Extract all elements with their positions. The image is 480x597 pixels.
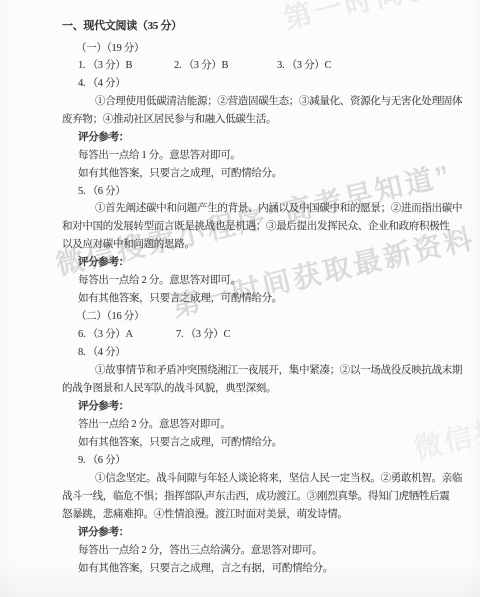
text-line: 和对中国的发展转型而言既是挑战也是机遇；③最后提出发挥民众、企业和政府积极性 xyxy=(62,220,450,233)
text-line: 如有其他答案，只要言之成理，言之有据，可酌情给分。 xyxy=(78,562,333,575)
watermark-fragment-bottom-right: 微信搜索小程序“高考早知道” xyxy=(410,337,480,467)
text-line: 评分参考： xyxy=(78,131,129,144)
text-line: 评分参考： xyxy=(78,526,129,539)
text-line: ①信念坚定。战斗间隙与年轻人谈论将来，坚信人民一定当权。②勇敢机智。亲临 xyxy=(95,472,462,485)
text-line: ①首先阐述碳中和问题产生的背景、内涵以及中国碳中和的愿景；②进而指出碳中 xyxy=(95,202,462,215)
text-line: 9. （6 分） xyxy=(78,454,125,467)
text-line: 每答出一点给 2 分，答出三点给满分。意思答对即可。 xyxy=(78,544,322,557)
text-line: 4. （4 分） xyxy=(78,77,125,90)
text-line: 7. （3 分）C xyxy=(176,328,230,341)
text-line: ①故事情节和矛盾冲突围绕湘江一夜展开，集中紧凑；②以一场战役反映抗战末期 xyxy=(95,364,462,377)
text-line: 以及应对碳中和问题的思路。 xyxy=(62,238,195,251)
text-line: 评分参考： xyxy=(78,400,129,413)
text-line: 如有其他答案，只要言之成理，可酌情给分。 xyxy=(78,436,282,449)
watermark-fragment-top-right: 第一时间获取最新资料 xyxy=(280,0,480,37)
text-line: 废弃物；④推动社区居民参与和融入低碳生活。 xyxy=(62,113,276,126)
watermark-text-line2: 第一时间获取最新资料 xyxy=(168,217,479,326)
text-line: 6. （3 分）A xyxy=(78,328,133,341)
text-line: 如有其他答案，只要言之成理，可酌情给分。 xyxy=(78,167,282,180)
text-line: ①合理使用低碳清洁能源；②营造固碳生态；③减量化、资源化与无害化处理固体 xyxy=(95,95,462,108)
text-line: 2. （3 分）B xyxy=(174,59,228,72)
text-line: 每答出一点给 1 分。意思答对即可。 xyxy=(78,149,241,162)
text-line: 一、现代文阅读（35 分） xyxy=(62,20,182,33)
text-line: 5. （6 分） xyxy=(78,185,125,198)
text-line: 评分参考： xyxy=(78,256,129,269)
text-line: 战斗一线，临危不惧；指挥部队声东击西，成功渡江。③刚烈真挚。得知门虎牺牲后震 xyxy=(62,490,450,503)
text-line: （二）（16 分） xyxy=(76,310,144,323)
text-line: 答出一点给 2 分。意思答对即可。 xyxy=(78,418,230,431)
text-line: 怒暴跳，悲痛难抑。④性情浪漫。渡江时面对美景，萌发诗情。 xyxy=(62,508,348,521)
document-page: 微信搜索小程序“高考早知道” 第一时间获取最新资料 第一时间获取最新资料 微信搜… xyxy=(0,0,480,597)
text-line: 3. （3 分）C xyxy=(277,59,331,72)
text-line: （一）（19 分） xyxy=(76,42,144,55)
text-line: 每答出一点给 2 分。意思答对即可。 xyxy=(78,274,241,287)
text-line: 如有其他答案，只要言之成理，可酌情给分。 xyxy=(78,292,282,305)
text-line: 8. （4 分） xyxy=(78,346,125,359)
text-line: 1. （3 分）B xyxy=(78,59,132,72)
text-line: 的战争图景和人民军队的战斗风貌，典型深刻。 xyxy=(62,382,276,395)
